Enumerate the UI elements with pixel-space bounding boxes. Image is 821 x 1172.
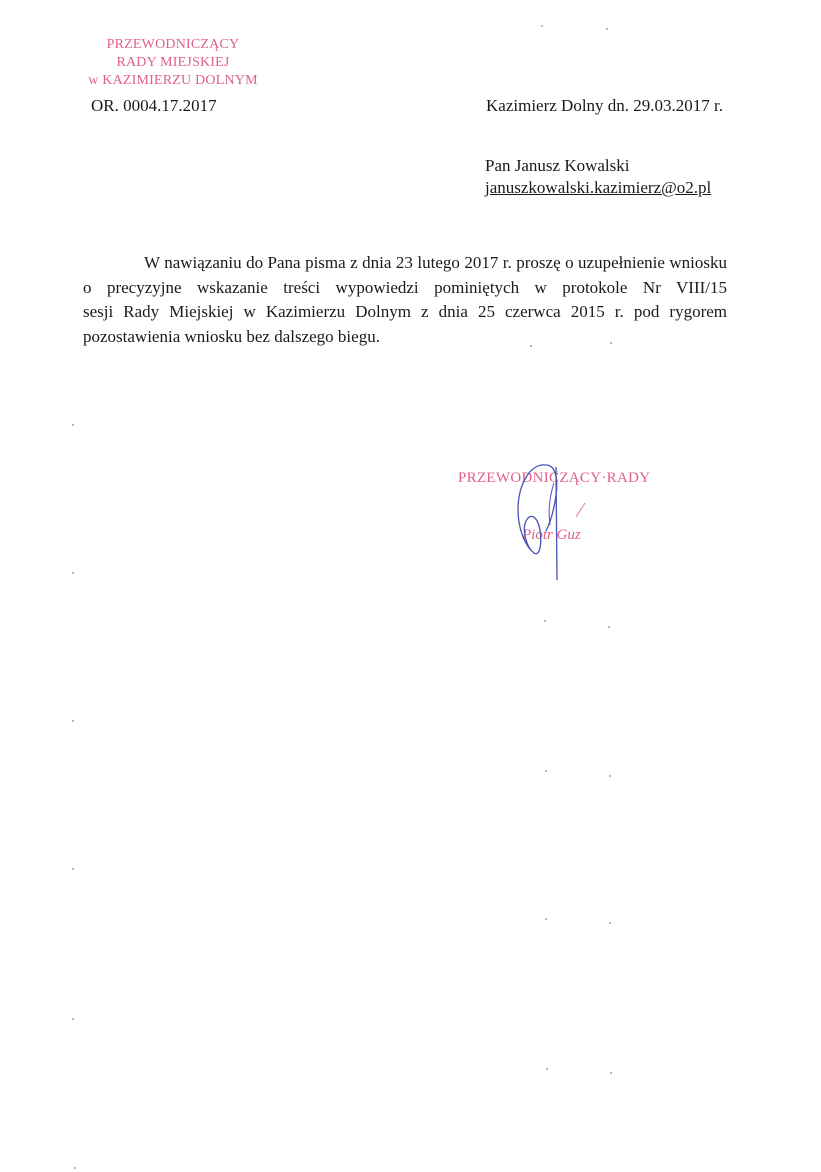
body-line-2: o precyzyjne wskazanie treści wypowiedzi… (83, 276, 727, 301)
scan-speck (72, 720, 74, 722)
body-line-3: sesji Rady Miejskiej w Kazimierzu Dolnym… (83, 300, 727, 325)
scan-speck (610, 342, 612, 344)
scan-speck (72, 1018, 74, 1020)
body-line-4: pozostawienia wniosku bez dalszego biegu… (83, 325, 727, 350)
issuer-stamp-line-2: RADY MIEJSKIEJ (68, 54, 278, 72)
issuer-stamp-line-3: w KAZIMIERZU DOLNYM (68, 72, 278, 90)
scan-speck (609, 775, 611, 777)
recipient-email-link[interactable]: januszkowalski.kazimierz@o2.pl (485, 177, 711, 199)
scan-speck (546, 1068, 548, 1070)
scan-speck (606, 28, 608, 30)
handwritten-signature (490, 455, 600, 585)
place-and-date: Kazimierz Dolny dn. 29.03.2017 r. (486, 95, 723, 117)
issuer-stamp-line-1: PRZEWODNICZĄCY (68, 36, 278, 54)
scan-speck (72, 572, 74, 574)
recipient-block: Pan Janusz Kowalski januszkowalski.kazim… (485, 155, 711, 199)
scan-speck (530, 345, 532, 347)
scan-speck (72, 868, 74, 870)
scan-speck (72, 424, 74, 426)
scan-speck (608, 626, 610, 628)
body-line-1: W nawiązaniu do Pana pisma z dnia 23 lut… (83, 251, 727, 276)
scan-speck (74, 1167, 76, 1169)
scan-speck (609, 922, 611, 924)
letter-body: W nawiązaniu do Pana pisma z dnia 23 lut… (83, 251, 727, 349)
recipient-name: Pan Janusz Kowalski (485, 155, 711, 177)
issuer-stamp: PRZEWODNICZĄCY RADY MIEJSKIEJ w KAZIMIER… (68, 36, 278, 90)
scan-speck (610, 1072, 612, 1074)
scan-speck (544, 620, 546, 622)
scan-speck (545, 918, 547, 920)
reference-number: OR. 0004.17.2017 (91, 95, 217, 117)
letter-page: PRZEWODNICZĄCY RADY MIEJSKIEJ w KAZIMIER… (0, 0, 821, 1172)
scan-speck (541, 25, 543, 27)
scan-speck (545, 770, 547, 772)
